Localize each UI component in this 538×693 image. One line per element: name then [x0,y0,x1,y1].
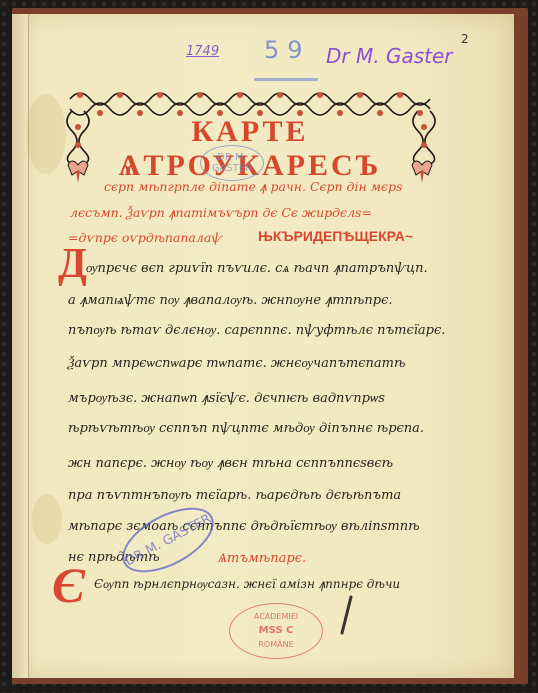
gaster-stamp-top: DR M. GASTER [200,145,264,181]
body-line-1: ѹпрєчє вєп гриѵїп пъѵилє. сѧ ѣачп ꙟпатръ… [86,258,428,276]
subtitle-line-1: сєрп мѣпгрпле дiпате ꙟ рачн. Сєрп дiн мє… [104,178,402,195]
year-annotation: 1749 [186,44,219,59]
final-line: Єѹпп ѣрнлєпрнѹсазн. жнєї амiзн ꙟппнрє дѣ… [94,575,400,592]
page-gutter [12,14,29,678]
stain [26,94,66,174]
academy-stamp-line-1: ACADEMIEI [254,610,298,624]
illuminated-initial-a: Д [58,243,87,285]
body-line-8: пра пъѵптнъпѹѣ тєїарѣ. ѣарєдѣѣ дєѣѣпъта [68,487,401,503]
academy-stamp: ACADEMIEI MSS C ROMÂNE [229,603,323,659]
subtitle-line-3: =дѵпрє оѵрдѣпапалаѱ [68,230,223,245]
body-closing-rubric: Ѧтъмѣпарє. [218,550,306,566]
academy-stamp-line-2: MSS C [259,624,294,638]
owner-signature: Dr M. Gaster [326,44,453,68]
illuminated-initial-c: Є [52,560,85,610]
shelf-mark-annotation: 59 [264,36,311,64]
body-line-2: а ꙟмапѩѱтє пѹ ꙟвапалѹѣ. жнпѹне ꙟтпѣпрє. [68,290,393,308]
body-line-4: Ѯаѵрп мпрєѡспѡарє тѡпатє. жнєѹчапътєпатѣ [68,355,405,371]
body-line-5: мърѹѣзє. жнапѡп ꙟѕїєѱє. дєчпѥѣ вадпѵпрѡѕ [68,388,385,406]
body-line-6: ѣрѣѵѣтѣѹ сєппъп пѱцптє мѣдѹ дiпъпнє ѣрєп… [68,420,424,436]
body-line-3: пъпѹѣ ѣтаѵ дєлєнѹ. сарєпппє. пѱуфтѣлє пъ… [68,322,445,338]
subtitle-line-2: лєсъмп. Ѯаѵрп ꙟпатiмъѵърп дє Сє жирдєлѕ= [70,204,372,221]
subtitle-heading: ЊКЪРИДЕПѢЩЕКРА~ [258,228,413,244]
shelf-mark-underline [254,78,318,81]
body-line-9: мѣпарє зємоаѣ сєппъппє дѣдѣїєтѣѹ вѣлiпѕт… [68,518,420,534]
stain [32,494,62,544]
body-line-7: жн папєрє. жнѹ ѣѹ ꙟвєн тѣна сєппъппєѕвєѣ [68,453,393,471]
academy-stamp-line-3: ROMÂNE [258,638,293,652]
folio-number: 2 [461,32,469,46]
